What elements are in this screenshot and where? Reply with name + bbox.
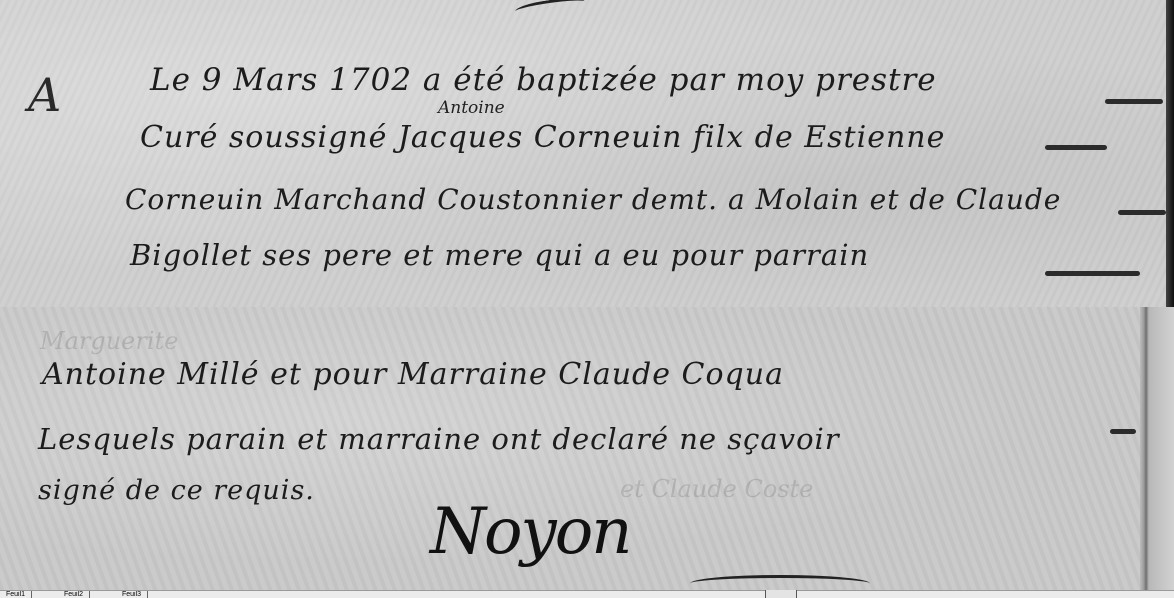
sheet-tab-2[interactable]: Feuil2 [58,591,90,598]
line-fill-dash [1105,99,1163,104]
record-line-5: Antoine Millé et pour Marraine Claude Co… [42,357,784,392]
sheet-tab-1[interactable]: Feuil1 [0,591,32,598]
record-line-3: Corneuin Marchand Coustonnier demt. a Mo… [125,183,1061,216]
sheet-tab-3[interactable]: Feuil3 [116,591,148,598]
record-line-2: Curé soussigné Jacques Corneuin filx de … [140,120,945,155]
record-line-7: signé de ce requis. [38,475,315,506]
line-fill-dash [1110,429,1136,434]
record-line-6: Lesquels parain et marraine ont declaré … [38,422,840,456]
scan-image-top[interactable]: A Antoine Le 9 Mars 1702 a été baptizée … [0,0,1174,307]
line-fill-dash [1118,210,1166,215]
ink-stroke [514,0,585,18]
bleed-through-text: Marguerite [40,327,178,355]
page-edge [1140,307,1174,590]
line-fill-dash [1045,271,1140,276]
priest-signature: Noyon [430,495,630,569]
horizontal-scrollbar-thumb[interactable] [765,590,797,598]
margin-mark: A [28,68,61,122]
line-fill-dash [1045,145,1107,150]
record-line-4: Bigollet ses pere et mere qui a eu pour … [130,238,869,272]
record-line-1: Le 9 Mars 1702 a été baptizée par moy pr… [150,62,937,98]
bleed-through-text: et Claude Coste [620,475,813,503]
interlinear-insertion: Antoine [438,98,505,118]
page-binding-edge [1166,0,1174,307]
sheet-tab-bar: Feuil1 Feuil2 Feuil3 [0,590,1174,598]
